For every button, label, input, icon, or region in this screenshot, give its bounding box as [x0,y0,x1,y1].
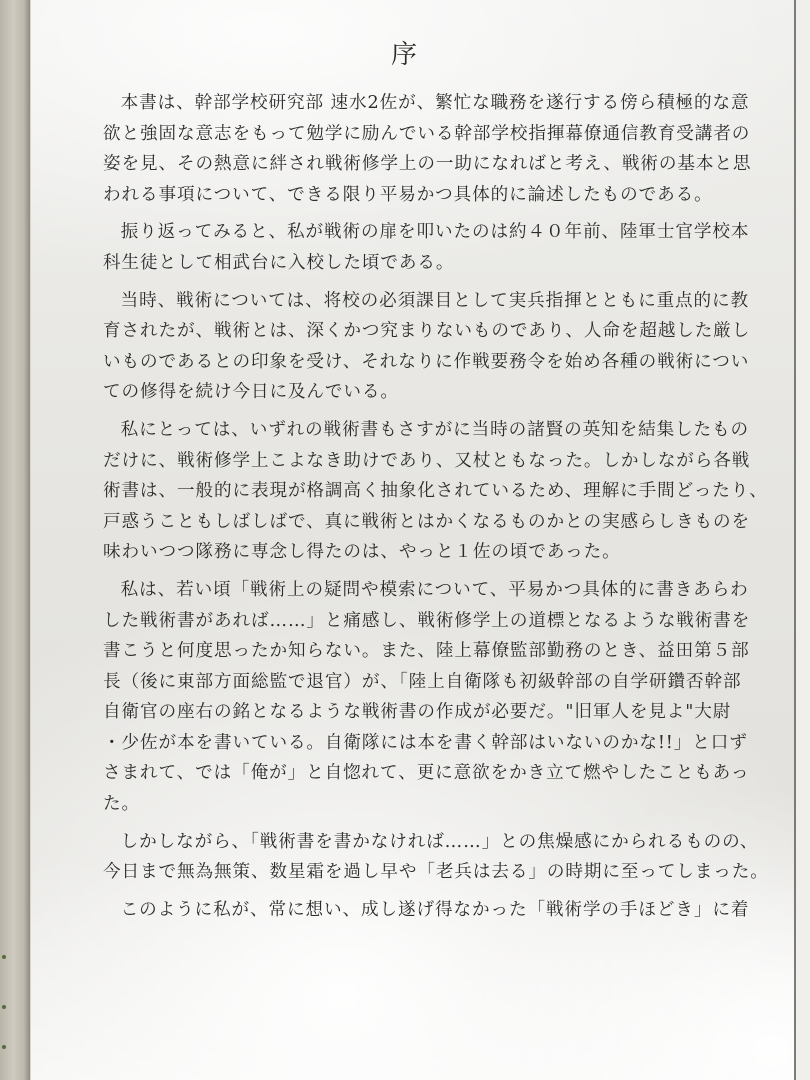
text-line: 私は、若い頃「戦術上の疑問や模索について、平易かつ具体的に書きあらわ [103,575,723,606]
text-line: た。 [103,789,723,820]
paragraph: このように私が、常に想い、成し遂げ得なかった「戦術学の手ほどき」に着 [103,895,723,926]
text-line: 術書は、一般的に表現が格調高く抽象化されているため、理解に手間どったり、 [103,476,723,507]
text-line: このように私が、常に想い、成し遂げ得なかった「戦術学の手ほどき」に着 [103,895,723,926]
binding-mark [2,955,6,959]
text-line: 味わいつつ隊務に専念し得たのは、やっと１佐の頃であった。 [103,537,723,568]
text-line: だけに、戦術修学上こよなき助けであり、又杖ともなった。しかしながら各戦 [103,446,723,477]
text-line: 科生徒として相武台に入校した頃である。 [103,248,723,279]
paragraph: しかしながら、「戦術書を書かなければ……」との焦燥感にかられるものの、 今日まで… [103,827,723,888]
text-line: 当時、戦術については、将校の必須課目として実兵指揮とともに重点的に教 [103,286,723,317]
next-page-margin [796,0,810,1080]
text-line: 育されたが、戦術とは、深くかつ究まりないものであり、人命を超越した厳し [103,316,723,347]
paragraph: 本書は、幹部学校研究部 速水2佐が、繁忙な職務を遂行する傍ら積極的な意 欲と強固… [103,88,723,210]
book-binding-edge [0,0,30,1080]
text-line: しかしながら、「戦術書を書かなければ……」との焦燥感にかられるものの、 [103,827,723,858]
text-line: 書こうと何度思ったか知らない。また、陸上幕僚監部勤務のとき、益田第５部 [103,636,723,667]
text-line: いものであるとの印象を受け、それなりに作戦要務令を始め各種の戦術につい [103,347,723,378]
paragraph: 私にとっては、いずれの戦術書もさすがに当時の諸賢の英知を結集したもの だけに、戦… [103,415,723,568]
paragraph: 私は、若い頃「戦術上の疑問や模索について、平易かつ具体的に書きあらわ した戦術書… [103,575,723,820]
text-line: われる事項について、できる限り平易かつ具体的に論述したものである。 [103,180,723,211]
page-title: 序 [0,34,810,71]
binding-mark [2,1045,6,1049]
text-line: 戸惑うこともしばしばで、真に戦術とはかくなるものかとの実感らしきものを [103,507,723,538]
text-line: 長（後に東部方面総監で退官）が、「陸上自衛隊も初級幹部の自学研鑽否幹部 [103,667,723,698]
text-line: 今日まで無為無策、数星霜を過し早や「老兵は去る」の時期に至ってしまった。 [103,857,723,888]
text-line: 姿を見、その熱意に絆され戦術修学上の一助になればと考え、戦術の基本と思 [103,149,723,180]
text-line: 本書は、幹部学校研究部 速水2佐が、繁忙な職務を遂行する傍ら積極的な意 [103,88,723,119]
preface-body: 本書は、幹部学校研究部 速水2佐が、繁忙な職務を遂行する傍ら積極的な意 欲と強固… [103,88,723,925]
text-line: ・少佐が本を書いている。自衛隊には本を書く幹部はいないのかな!!」と口ず [103,728,723,759]
text-line: 自衛官の座右の銘となるような戦術書の作成が必要だ。"旧軍人を見よ"大尉 [103,697,723,728]
text-line: 私にとっては、いずれの戦術書もさすがに当時の諸賢の英知を結集したもの [103,415,723,446]
binding-mark [2,1005,6,1009]
text-line: さまれて、では「俺が」と自惚れて、更に意欲をかき立て燃やしたこともあっ [103,758,723,789]
text-line: した戦術書があれば……」と痛感し、戦術修学上の道標となるような戦術書を [103,606,723,637]
paragraph: 当時、戦術については、将校の必須課目として実兵指揮とともに重点的に教 育されたが… [103,286,723,408]
text-line: ての修得を続け今日に及んでいる。 [103,377,723,408]
paragraph: 振り返ってみると、私が戦術の扉を叩いたのは約４０年前、陸軍士官学校本 科生徒とし… [103,217,723,278]
text-line: 欲と強固な意志をもって勉学に励んでいる幹部学校指揮幕僚通信教育受講者の [103,119,723,150]
text-line: 振り返ってみると、私が戦術の扉を叩いたのは約４０年前、陸軍士官学校本 [103,217,723,248]
